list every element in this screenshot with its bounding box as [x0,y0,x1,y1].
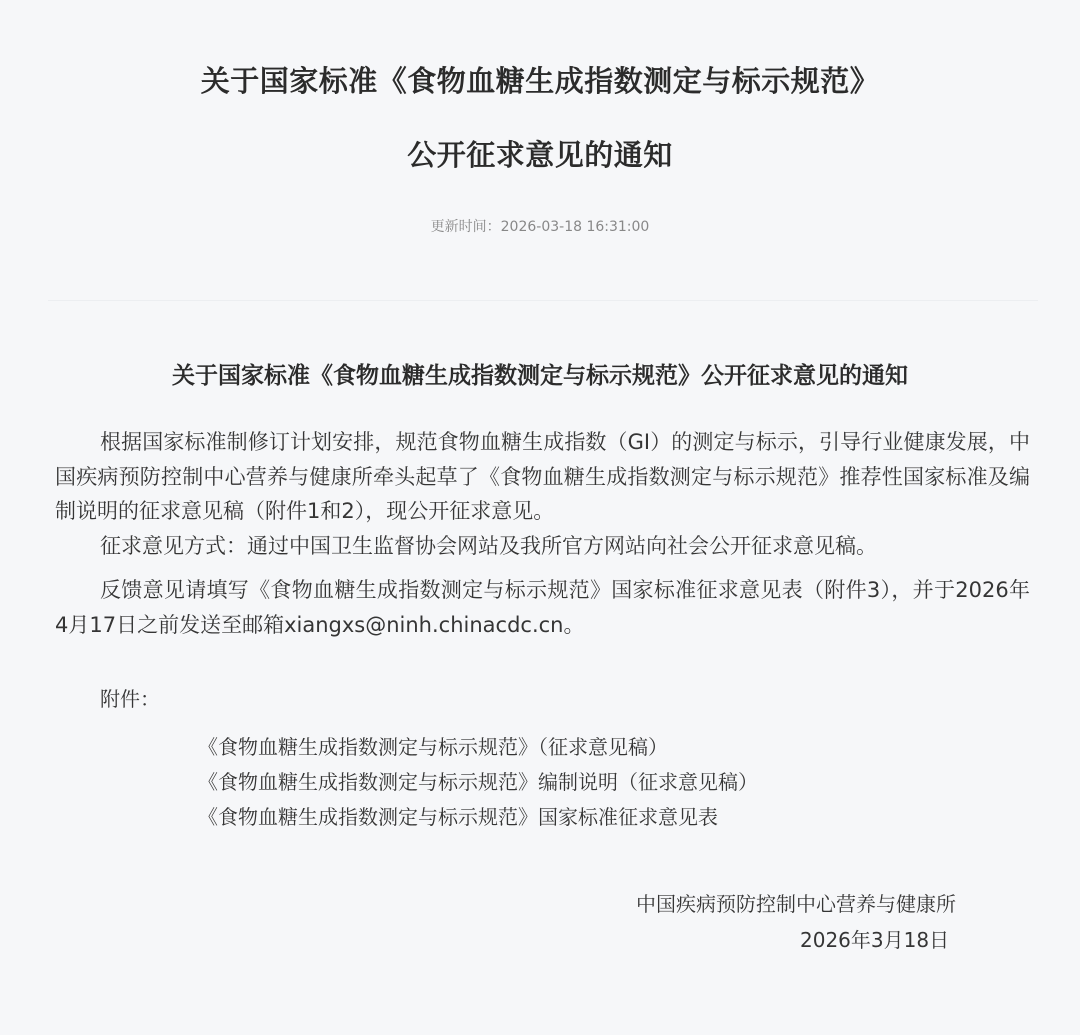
paragraph-feedback: 反馈意见请填写《食物血糖生成指数测定与标示规范》国家标准征求意见表（附件3），并… [55,573,1030,642]
page-title-line2: 公开征求意见的通知 [0,133,1080,174]
paragraph-consultation-method: 征求意见方式：通过中国卫生监督协会网站及我所官方网站向社会公开征求意见稿。 [55,529,1030,564]
header-divider [48,300,1038,301]
update-time: 更新时间：2026-03-18 16:31:00 [0,216,1080,236]
attachment-link-1[interactable]: 《食物血糖生成指数测定与标示规范》（征求意见稿） [198,730,758,765]
page-header: 关于国家标准《食物血糖生成指数测定与标示规范》 公开征求意见的通知 更新时间：2… [0,0,1080,300]
paragraph-background: 根据国家标准制修订计划安排，规范食物血糖生成指数（GI）的测定与标示，引导行业健… [55,425,1030,529]
update-time-label: 更新时间： [431,219,501,235]
attachment-link-2[interactable]: 《食物血糖生成指数测定与标示规范》编制说明（征求意见稿） [198,765,758,800]
attachments-list: 《食物血糖生成指数测定与标示规范》（征求意见稿） 《食物血糖生成指数测定与标示规… [198,730,758,835]
attachment-link-3[interactable]: 《食物血糖生成指数测定与标示规范》国家标准征求意见表 [198,800,758,835]
signature-date: 2026年3月18日 [800,924,949,953]
article-title: 关于国家标准《食物血糖生成指数测定与标示规范》公开征求意见的通知 [0,357,1080,390]
update-time-value: 2026-03-18 16:31:00 [501,219,650,235]
page-title-line1: 关于国家标准《食物血糖生成指数测定与标示规范》 [0,59,1080,100]
attachments-label: 附件： [100,683,160,712]
signature-organization: 中国疾病预防控制中心营养与健康所 [636,888,956,917]
